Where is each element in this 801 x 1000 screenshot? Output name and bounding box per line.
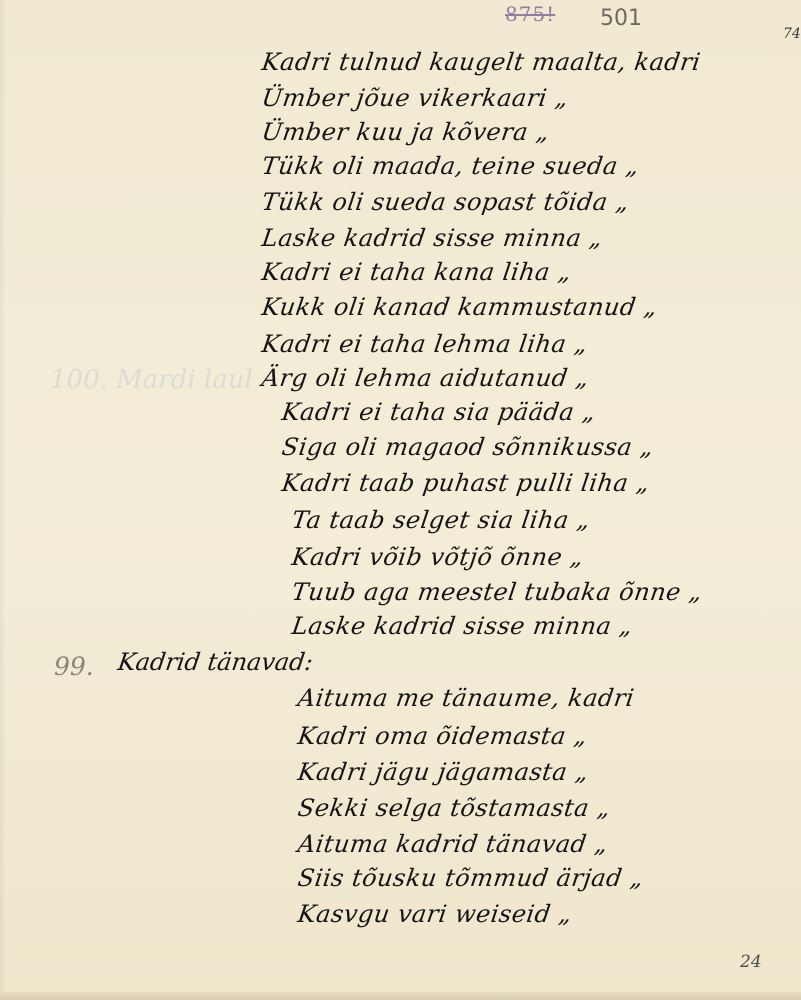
poem-line: Ümber kuu ja kõvera „ [260, 118, 551, 146]
poem-line: Siis tõusku tõmmud ärjad „ [296, 864, 645, 892]
poem-line: Kadri ei taha lehma liha „ [260, 330, 589, 358]
poem-line: Siga oli magaod sõnnikussa „ [280, 433, 655, 461]
poem-line: Tuub aga meestel tubaka õnne „ [290, 578, 704, 606]
poem-line: Laske kadrid sisse minna „ [260, 224, 604, 252]
poem-line: Kadri ei taha sia pääda „ [280, 398, 597, 426]
poem-line: Sekki selga tõstamasta „ [296, 794, 612, 822]
bottom-mark: 24 [740, 952, 762, 972]
bleed-through-text: 100. Mardi laul [50, 365, 253, 395]
poem-line: Aituma me tänaume, kadri [296, 684, 636, 712]
corner-mark: 74 [783, 26, 801, 42]
poem-line: Ärg oli lehma aidutanud „ [260, 364, 591, 392]
manuscript-page: 100. Mardi laul 875! 501 74 Kadri tulnud… [0, 0, 801, 1000]
poem-line: Kadri tulnud kaugelt maalta, kadri [260, 48, 702, 76]
poem-line: Kadri taab puhast pulli liha „ [280, 469, 651, 497]
section-title: Kadrid tänavad: [116, 648, 315, 676]
poem-line: Tükk oli sueda sopast tõida „ [260, 188, 631, 216]
poem-line: Kadri võib võtjõ õnne „ [290, 543, 585, 571]
section-number: 99. [54, 652, 94, 681]
poem-line: Kukk oli kanad kammustanud „ [260, 293, 659, 321]
page-edge [0, 992, 801, 1000]
page-number: 501 [600, 6, 642, 31]
poem-line: Ümber jõue vikerkaari „ [260, 84, 570, 112]
poem-line: Kasvgu vari weiseid „ [296, 900, 574, 928]
poem-line: Aituma kadrid tänavad „ [296, 830, 610, 858]
poem-line: Kadri ei taha kana liha „ [260, 258, 573, 286]
poem-line: Tükk oli maada, teine sueda „ [260, 152, 641, 180]
poem-line: Kadri jägu jägamasta „ [296, 758, 590, 786]
poem-line: Kadri oma õidemasta „ [296, 722, 589, 750]
poem-line: Ta taab selget sia liha „ [290, 506, 592, 534]
archive-number-struck: 875! [505, 2, 555, 26]
poem-line: Laske kadrid sisse minna „ [290, 612, 634, 640]
